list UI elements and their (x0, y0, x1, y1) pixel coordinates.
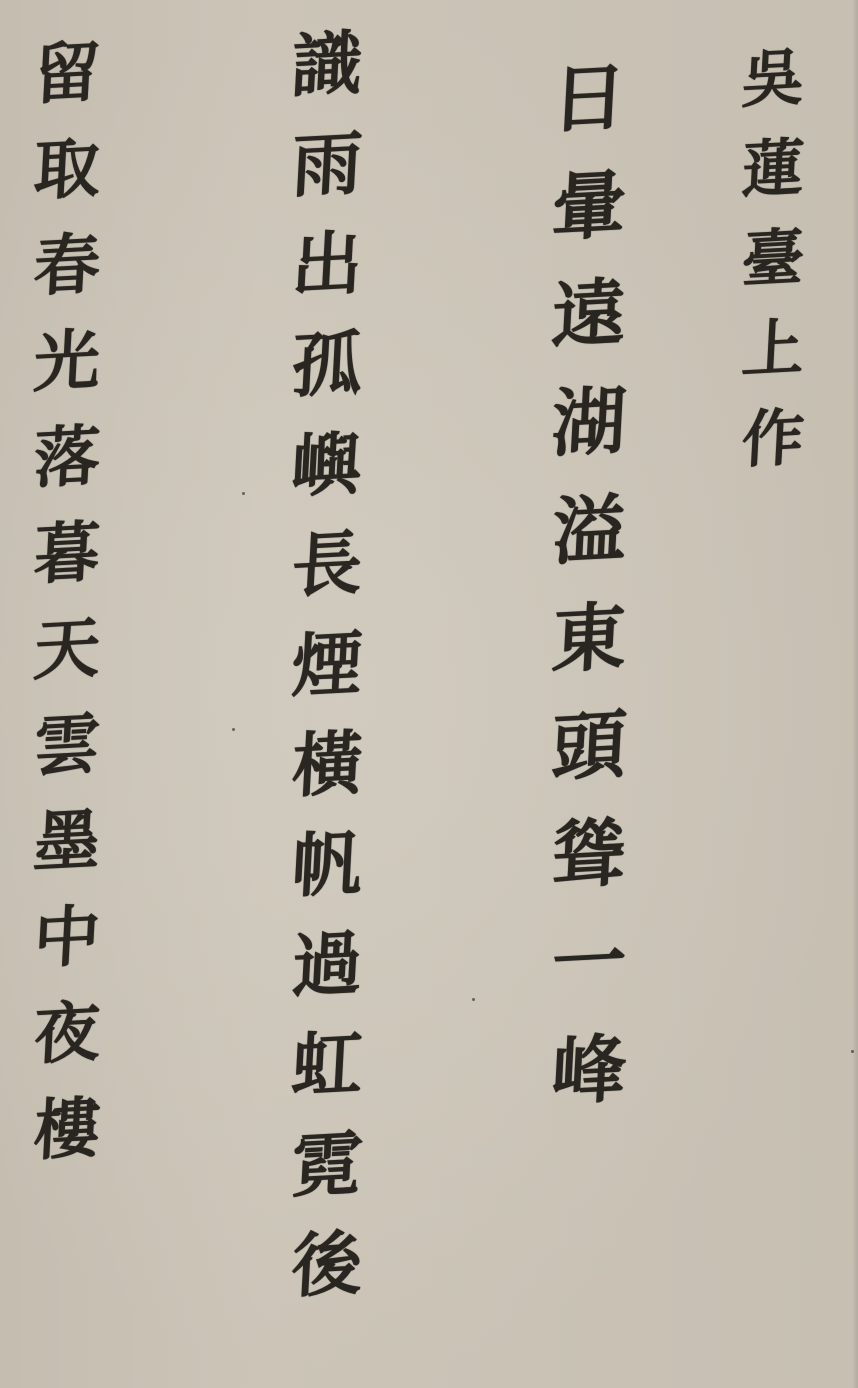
calligraphy-column-2: 日 暈 遠 湖 溢 東 頭 聳 一 峰 (552, 62, 626, 1142)
ink-speck (232, 728, 235, 731)
character: 霓 (290, 1128, 364, 1202)
character: 橫 (290, 728, 364, 802)
character: 煙 (290, 628, 364, 702)
character: 長 (290, 528, 364, 602)
character: 樓 (32, 1094, 102, 1163)
character: 一 (550, 924, 628, 1002)
character: 頭 (550, 708, 628, 786)
character: 峰 (550, 1032, 628, 1110)
character: 春 (32, 230, 102, 299)
character: 天 (32, 614, 102, 683)
character: 作 (740, 406, 806, 471)
character: 光 (32, 326, 102, 395)
calligraphy-column-3: 識 雨 出 孤 嶼 長 煙 橫 帆 過 虹 霓 後 (292, 30, 362, 1330)
calligraphy-column-1: 吳 蓮 臺 上 作 (742, 48, 804, 498)
character: 暮 (32, 518, 102, 587)
character: 夜 (32, 998, 102, 1067)
character: 出 (290, 228, 364, 302)
character: 墨 (32, 806, 102, 875)
character: 上 (740, 316, 806, 381)
character: 湖 (550, 384, 628, 462)
calligraphy-column-4: 留 取 春 光 落 暮 天 雲 墨 中 夜 樓 (34, 40, 100, 1192)
character: 落 (32, 422, 102, 491)
character: 吳 (740, 46, 806, 111)
character: 東 (550, 600, 628, 678)
character: 虹 (290, 1028, 364, 1102)
ink-speck (242, 492, 245, 495)
character: 溢 (550, 492, 628, 570)
character: 帆 (290, 828, 364, 902)
ink-speck (472, 998, 475, 1001)
character: 留 (32, 38, 102, 107)
character: 臺 (740, 226, 806, 291)
character: 識 (290, 28, 364, 102)
ink-speck (851, 1050, 854, 1053)
character: 後 (290, 1228, 364, 1302)
character: 嶼 (290, 428, 364, 502)
character: 暈 (550, 168, 628, 246)
character: 蓮 (740, 136, 806, 201)
character: 雲 (32, 710, 102, 779)
character: 孤 (290, 328, 364, 402)
character: 遠 (550, 276, 628, 354)
character: 雨 (290, 128, 364, 202)
character: 取 (32, 134, 102, 203)
character: 日 (550, 60, 628, 138)
character: 中 (32, 902, 102, 971)
paper-background (0, 0, 858, 1388)
paper-edge (852, 0, 858, 1388)
character: 過 (290, 928, 364, 1002)
character: 聳 (550, 816, 628, 894)
